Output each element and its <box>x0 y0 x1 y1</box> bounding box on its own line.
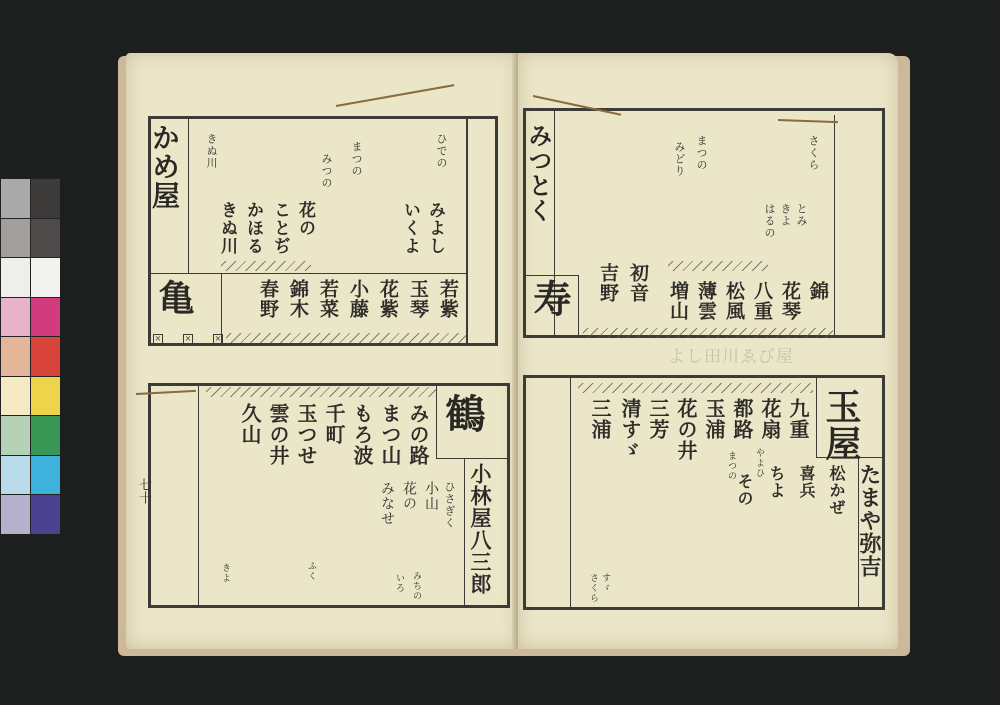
right-page: みつとく 寿 さくら まつの みどり とみ きよ はるの 錦 花琴 八重 松風 … <box>518 53 898 649</box>
name-entry: 花扇 <box>760 398 780 440</box>
name-entry: 都路 <box>732 398 752 440</box>
name-entry: 久山 <box>240 403 260 445</box>
name-entry: 薄雲 <box>696 281 715 321</box>
name-entry: 若菜 <box>318 279 337 319</box>
annotation: まつの <box>351 141 362 177</box>
banner-bleed-text: よし田川ゑび屋 <box>668 349 794 366</box>
swatch-cyan <box>31 456 60 495</box>
left-page: かめ屋 亀 × × × ひでの まつの みつの きぬ川 みよし いくよ 花の こ… <box>126 53 518 649</box>
swatch-dark-gray <box>31 179 60 218</box>
name-entry: 増山 <box>668 281 687 321</box>
swatch-yellow <box>31 377 60 416</box>
name-entry: きぬ川 <box>206 133 217 169</box>
name-entry: 三浦 <box>590 398 610 440</box>
annotation: みつの <box>321 153 332 189</box>
name-entry: もろ波 <box>352 403 372 466</box>
swatch-light-yellow <box>1 377 30 416</box>
annotation: まつの <box>726 451 735 481</box>
open-book: かめ屋 亀 × × × ひでの まつの みつの きぬ川 みよし いくよ 花の こ… <box>118 48 910 654</box>
swatch-mid-gray <box>1 219 30 258</box>
left-bottom-house-name: 小林屋八三郎 <box>470 463 491 595</box>
name-entry: 九重 <box>788 398 808 440</box>
right-bottom-house-name: たまや弥吉 <box>858 463 880 578</box>
name-entry: 玉琴 <box>408 279 427 319</box>
right-bottom-house-mark: 玉屋 <box>823 388 859 462</box>
name-entry: とみ <box>796 203 807 227</box>
left-top-side-label: かめ屋 <box>150 123 178 210</box>
swatch-light-pink <box>1 298 30 337</box>
name-entry: みなせ <box>380 481 394 526</box>
name-entry: 花の井 <box>676 398 696 461</box>
annotation: さくら <box>808 135 819 171</box>
swatch-green <box>31 416 60 455</box>
name-entry: 雲の井 <box>268 403 288 466</box>
swatch-white-2 <box>31 258 60 297</box>
swatch-indigo <box>31 495 60 534</box>
swatch-light-green <box>1 416 30 455</box>
name-entry: 花の <box>296 201 313 237</box>
name-entry: 玉つせ <box>296 403 316 466</box>
swatch-magenta <box>31 298 60 337</box>
swatch-light-gray <box>1 179 30 218</box>
name-entry: きよ <box>780 203 791 227</box>
name-entry: ことぢ <box>271 201 288 255</box>
swatch-peach <box>1 337 30 376</box>
name-entry: その <box>736 473 752 507</box>
name-entry: 小藤 <box>348 279 367 319</box>
note: さくら <box>588 573 597 603</box>
note: すゞ <box>600 573 609 593</box>
page-number: 七十 <box>134 478 153 504</box>
name-entry: みよし <box>426 201 443 255</box>
name-entry: 喜兵 <box>798 465 814 499</box>
color-calibration-chart <box>0 178 60 533</box>
name-entry: いくよ <box>401 201 418 255</box>
name-entry: 花紫 <box>378 279 397 319</box>
swatch-red <box>31 337 60 376</box>
note: いろ <box>394 573 403 593</box>
left-bottom-house-mark: 鶴 <box>442 393 482 434</box>
swatch-lavender <box>1 495 30 534</box>
annotation: ひでの <box>436 133 447 169</box>
name-entry: ひさぎく <box>444 481 455 529</box>
name-entry: かほる <box>244 201 261 255</box>
name-entry: ちよ <box>768 465 784 499</box>
swatch-charcoal <box>31 219 60 258</box>
left-top-house-mark: 亀 <box>156 279 192 316</box>
name-entry: 若紫 <box>438 279 457 319</box>
name-entry: 錦 <box>808 281 827 301</box>
name-entry: 小山 <box>424 481 438 511</box>
annotation: まつの <box>696 135 707 171</box>
name-entry: 花琴 <box>780 281 799 321</box>
note: きよ <box>220 563 229 583</box>
name-entry: 八重 <box>752 281 771 321</box>
name-entry: はるの <box>764 203 775 239</box>
swatch-light-cyan <box>1 456 30 495</box>
name-entry: みの路 <box>408 403 428 466</box>
note: みちの <box>411 571 420 601</box>
name-entry: 松風 <box>724 281 743 321</box>
name-entry: 花の <box>402 481 416 511</box>
name-entry: 三芳 <box>648 398 668 440</box>
right-top-side-label: みつとく <box>526 123 550 223</box>
name-entry: 松かぜ <box>828 465 844 516</box>
right-top-house-mark: 寿 <box>530 279 568 318</box>
name-entry: きぬ川 <box>218 201 235 255</box>
name-entry: 錦木 <box>288 279 307 319</box>
name-entry: 清すゞ <box>620 398 640 461</box>
name-entry: まつ山 <box>380 403 400 466</box>
name-entry: 玉浦 <box>704 398 724 440</box>
annotation: みどり <box>674 141 685 177</box>
name-entry: 初音 <box>628 263 647 303</box>
name-entry: 千町 <box>324 403 344 445</box>
note: ふく <box>306 561 315 581</box>
swatch-white <box>1 258 30 297</box>
name-entry: 春野 <box>258 279 277 319</box>
annotation: やよひ <box>754 448 763 478</box>
name-entry: 吉野 <box>598 263 617 303</box>
